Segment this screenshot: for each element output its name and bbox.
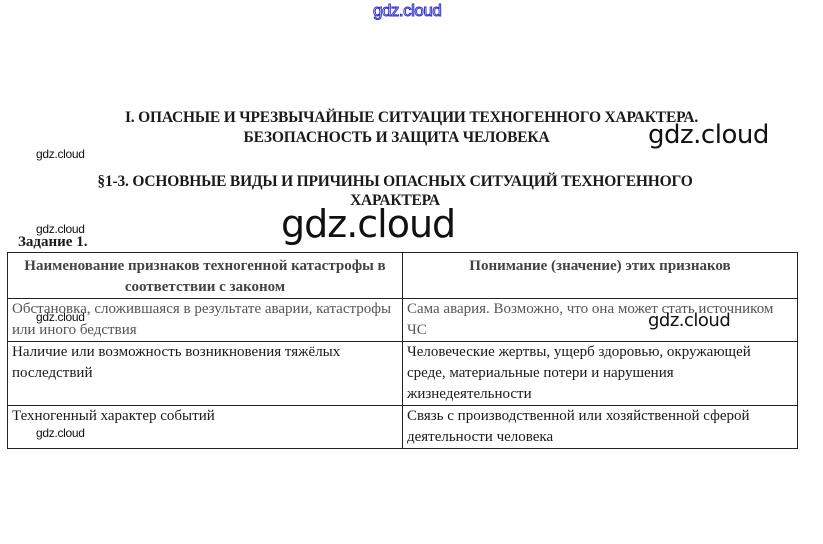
table-row: Техногенный характер событий Связь с про… [8,406,798,449]
header-cell-meaning: Понимание (значение) этих признаков [402,253,797,299]
watermark-large: gdz.cloud [281,205,455,243]
header-cell-signs: Наименование признаков техногенной катас… [8,253,403,299]
chapter-title-line1: I. ОПАСНЫЕ И ЧРЕЗВЫЧАЙНЫЕ СИТУАЦИИ ТЕХНО… [125,109,698,126]
table-header-row: Наименование признаков техногенной катас… [8,253,798,299]
watermark-cell: gdz.cloud [648,312,730,330]
watermark-small: gdz.cloud [36,311,85,323]
watermark-medium: gdz.cloud [648,122,769,148]
table-cell: Связь с производственной или хозяйственн… [402,406,797,449]
section-title-line1: §1-3. ОСНОВНЫЕ ВИДЫ И ПРИЧИНЫ ОПАСНЫХ СИ… [97,173,692,190]
watermark-small: gdz.cloud [36,427,85,439]
table-cell: Сама авария. Возможно, что она может ста… [402,299,797,342]
signs-table: Наименование признаков техногенной катас… [7,252,798,449]
table-row: Наличие или возможность возникновения тя… [8,342,798,406]
table-cell: Наличие или возможность возникновения тя… [8,342,403,406]
watermark-top: gdz.cloud [373,2,441,19]
watermark-small: gdz.cloud [36,148,85,160]
table-cell: Человеческие жертвы, ущерб здоровью, окр… [402,342,797,406]
task-label: Задание 1. [18,234,87,251]
